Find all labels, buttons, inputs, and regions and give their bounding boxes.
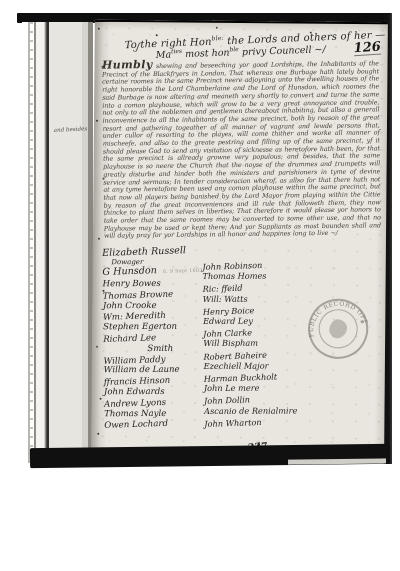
petition-opening-word: Humbly xyxy=(102,58,153,72)
scanned-document-page: ʃ To the right Honble: the Lords and oth… xyxy=(0,0,400,571)
photostat-bottom-border xyxy=(30,444,390,468)
folio-number: 126 xyxy=(353,42,381,57)
manuscript-page: ʃ To the right Honble: the Lords and oth… xyxy=(91,20,388,452)
manuscript-content: ʃ To the right Honble: the Lords and oth… xyxy=(90,19,388,452)
binding-page-edges xyxy=(22,22,93,463)
stamp-crest xyxy=(326,317,349,340)
petition-body: Humbly shewing and beseeching yor good L… xyxy=(102,58,381,241)
hunsdon-death-annotation: d. 9 Sept 1603 xyxy=(163,269,203,275)
